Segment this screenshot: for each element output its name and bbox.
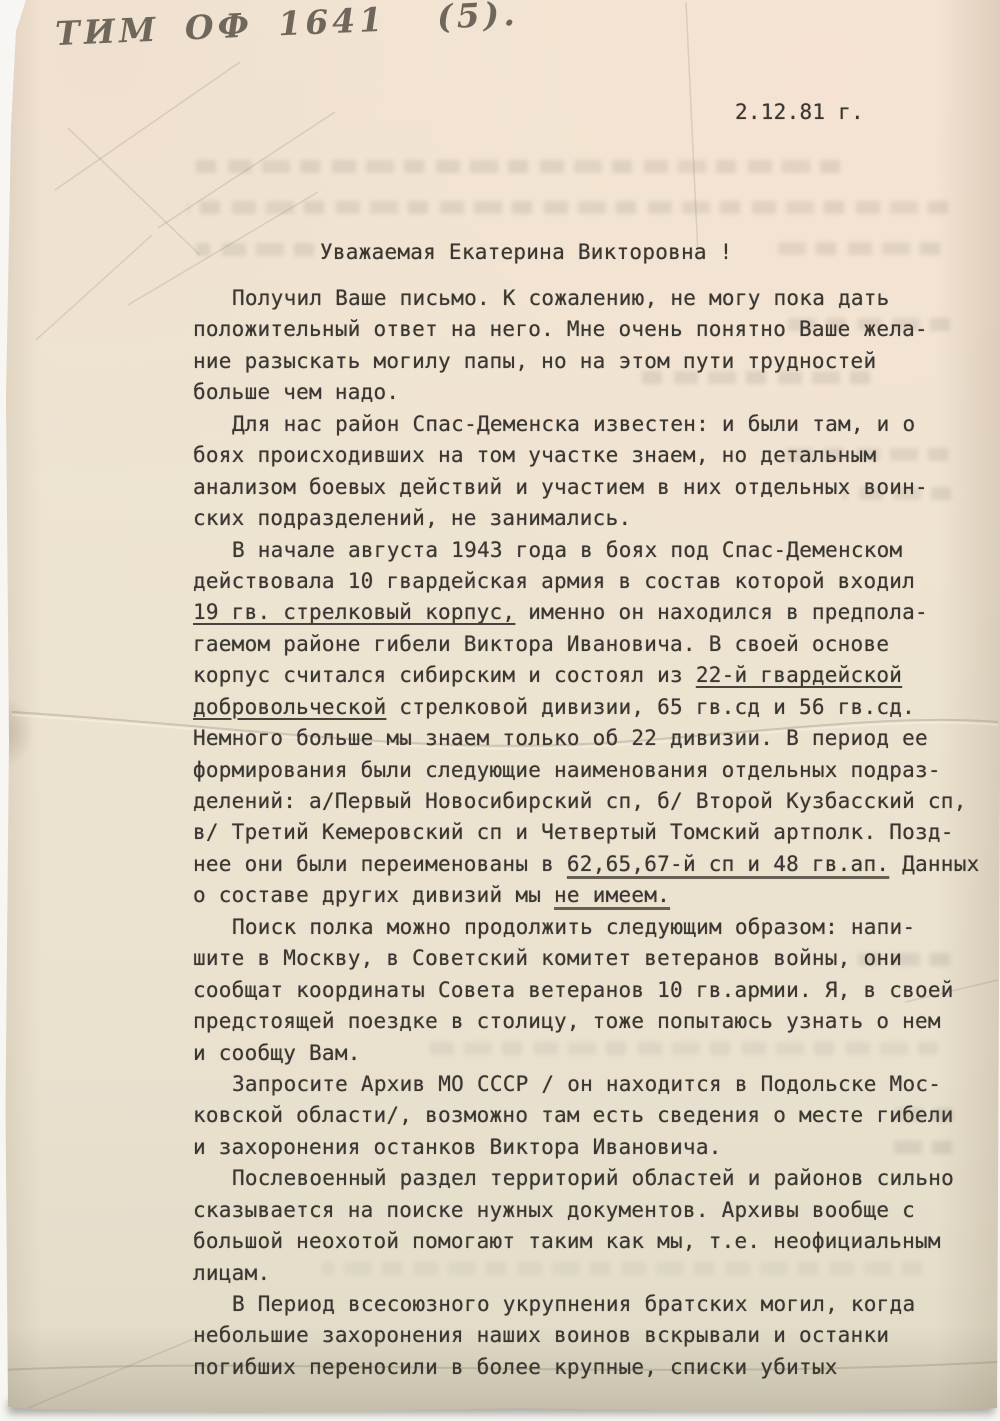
text-segment: о составе других дивизий мы xyxy=(193,883,554,907)
letter-line: формирования были следующие наименования… xyxy=(193,755,983,786)
letter-line: анализом боевых действий и участием в ни… xyxy=(193,472,983,503)
letter-line: 19 гв. стрелковый корпус, именно он нахо… xyxy=(193,597,983,628)
letter-line: и захоронения останков Виктора Ивановича… xyxy=(193,1132,983,1163)
text-segment: анализом боевых действий и участием в ни… xyxy=(193,475,928,499)
letter-line: предстоящей поездке в столицу, тоже попы… xyxy=(193,1006,983,1037)
letter-line: и сообщу Вам. xyxy=(193,1038,983,1069)
letter-line: делений: а/Первый Новосибирский сп, б/ В… xyxy=(193,786,983,817)
text-segment: погибших переносили в более крупные, спи… xyxy=(193,1355,838,1379)
underlined-text: не имеем. xyxy=(554,883,670,907)
letter-line: погибших переносили в более крупные, спи… xyxy=(193,1352,983,1383)
text-segment: Данных xyxy=(889,852,979,876)
letter-line: сообщат координаты Совета ветеранов 10 г… xyxy=(193,975,983,1006)
text-segment: лицам. xyxy=(193,1261,270,1285)
letter-line: Для нас район Спас-Деменска известен: и … xyxy=(193,409,983,440)
text-segment: делений: а/Первый Новосибирский сп, б/ В… xyxy=(193,789,967,813)
letter-line: добровольческой стрелковой дивизии, 65 г… xyxy=(193,692,983,723)
text-segment: сказывается на поиске нужных документов.… xyxy=(193,1198,915,1222)
text-segment: именно он находился в предпола- xyxy=(515,600,928,624)
letter-paper: ТИМ ОФ 1641 (5). 2.12.81 г. Уважаемая Ек… xyxy=(0,0,1000,1421)
letter-line: больше чем надо. xyxy=(193,377,983,408)
text-segment: Запросите Архив МО СССР / он находится в… xyxy=(232,1072,941,1096)
letter-line: шите в Москву, в Советский комитет ветер… xyxy=(193,943,983,974)
text-segment: В начале августа 1943 года в боях под Сп… xyxy=(232,538,902,562)
text-segment: действовала 10 гвардейская армия в соста… xyxy=(193,569,915,593)
text-segment: больше чем надо. xyxy=(193,380,399,404)
text-segment: Послевоенный раздел территорий областей … xyxy=(232,1166,954,1190)
text-segment: Для нас район Спас-Деменска известен: и … xyxy=(232,412,915,436)
underlined-text: 22-й гвардейской xyxy=(696,663,902,687)
text-segment: Поиск полка можно продолжить следующим о… xyxy=(232,915,915,939)
bleedthrough-ghost-line xyxy=(195,160,840,173)
underlined-text: 19 гв. стрелковый корпус, xyxy=(193,600,515,624)
text-segment: ковской области/, возможно там есть свед… xyxy=(193,1103,954,1127)
text-segment: и захоронения останков Виктора Ивановича… xyxy=(193,1135,722,1159)
text-segment: и сообщу Вам. xyxy=(193,1041,361,1065)
text-segment: гаемом районе гибели Виктора Ивановича. … xyxy=(193,632,889,656)
letter-line: Немного больше мы знаем только об 22 див… xyxy=(193,723,983,754)
archival-note-handwritten: ТИМ ОФ 1641 (5). xyxy=(54,0,519,53)
letter-line: Послевоенный раздел территорий областей … xyxy=(193,1163,983,1194)
text-segment: положительный ответ на него. Мне очень п… xyxy=(193,317,928,341)
letter-line: действовала 10 гвардейская армия в соста… xyxy=(193,566,983,597)
underlined-text: 62,65,67-й сп и 48 гв.ап. xyxy=(567,852,889,876)
letter-line: Запросите Архив МО СССР / он находится в… xyxy=(193,1069,983,1100)
text-segment: в/ Третий Кемеровский сп и Четвертый Том… xyxy=(193,820,954,844)
letter-line: боях происходивших на том участке знаем,… xyxy=(193,440,983,471)
bleedthrough-ghost-line xyxy=(768,242,940,255)
text-segment: небольшие захоронения наших воинов вскры… xyxy=(193,1323,889,1347)
text-segment: корпус считался сибирским и состоял из xyxy=(193,663,696,687)
letter-body: Получил Ваше письмо. К сожалению, не мог… xyxy=(193,283,983,1383)
underlined-text: добровольческой xyxy=(193,695,386,719)
text-segment: Получил Ваше письмо. К сожалению, не мог… xyxy=(232,286,890,310)
text-segment: ние разыскать могилу папы, но на этом пу… xyxy=(193,349,876,373)
text-segment: ских подразделений, не занимались. xyxy=(193,506,631,530)
letter-line: ковской области/, возможно там есть свед… xyxy=(193,1100,983,1131)
letter-line: в/ Третий Кемеровский сп и Четвертый Том… xyxy=(193,817,983,848)
letter-line: большой неохотой помогают таким как мы, … xyxy=(193,1226,983,1257)
fold-notch xyxy=(0,695,34,769)
letter-line: положительный ответ на него. Мне очень п… xyxy=(193,314,983,345)
letter-line: нее они были переименованы в 62,65,67-й … xyxy=(193,849,983,880)
text-segment: предстоящей поездке в столицу, тоже попы… xyxy=(193,1009,941,1033)
text-segment: стрелковой дивизии, 65 гв.сд и 56 гв.сд. xyxy=(386,695,915,719)
text-segment: сообщат координаты Совета ветеранов 10 г… xyxy=(193,978,954,1002)
text-segment: В Период всесоюзного укрупнения братских… xyxy=(232,1292,915,1316)
scanned-letter-page: { "colors": { "paper": "#ece2d0", "ink":… xyxy=(0,0,1000,1421)
letter-line: Поиск полка можно продолжить следующим о… xyxy=(193,912,983,943)
text-segment: нее они были переименованы в xyxy=(193,852,567,876)
text-segment: большой неохотой помогают таким как мы, … xyxy=(193,1229,941,1253)
bleedthrough-ghost-line xyxy=(188,201,948,214)
text-segment: шите в Москву, в Советский комитет ветер… xyxy=(193,946,902,970)
letter-line: Получил Ваше письмо. К сожалению, не мог… xyxy=(193,283,983,314)
letter-line: В начале августа 1943 года в боях под Сп… xyxy=(193,535,983,566)
letter-line: сказывается на поиске нужных документов.… xyxy=(193,1195,983,1226)
text-segment: Немного больше мы знаем только об 22 див… xyxy=(193,726,928,750)
letter-line: лицам. xyxy=(193,1258,983,1289)
letter-line: ских подразделений, не занимались. xyxy=(193,503,983,534)
letter-line: небольшие захоронения наших воинов вскры… xyxy=(193,1320,983,1351)
bleedthrough-ghost-line xyxy=(196,243,314,256)
text-segment: боях происходивших на том участке знаем,… xyxy=(193,443,876,467)
letter-salutation: Уважаемая Екатерина Викторовна ! xyxy=(320,240,733,264)
letter-line: В Период всесоюзного укрупнения братских… xyxy=(193,1289,983,1320)
letter-line: о составе других дивизий мы не имеем. xyxy=(193,880,983,911)
letter-line: гаемом районе гибели Виктора Ивановича. … xyxy=(193,629,983,660)
letter-line: корпус считался сибирским и состоял из 2… xyxy=(193,660,983,691)
letter-date: 2.12.81 г. xyxy=(735,100,864,124)
text-segment: формирования были следующие наименования… xyxy=(193,758,941,782)
letter-line: ние разыскать могилу папы, но на этом пу… xyxy=(193,346,983,377)
